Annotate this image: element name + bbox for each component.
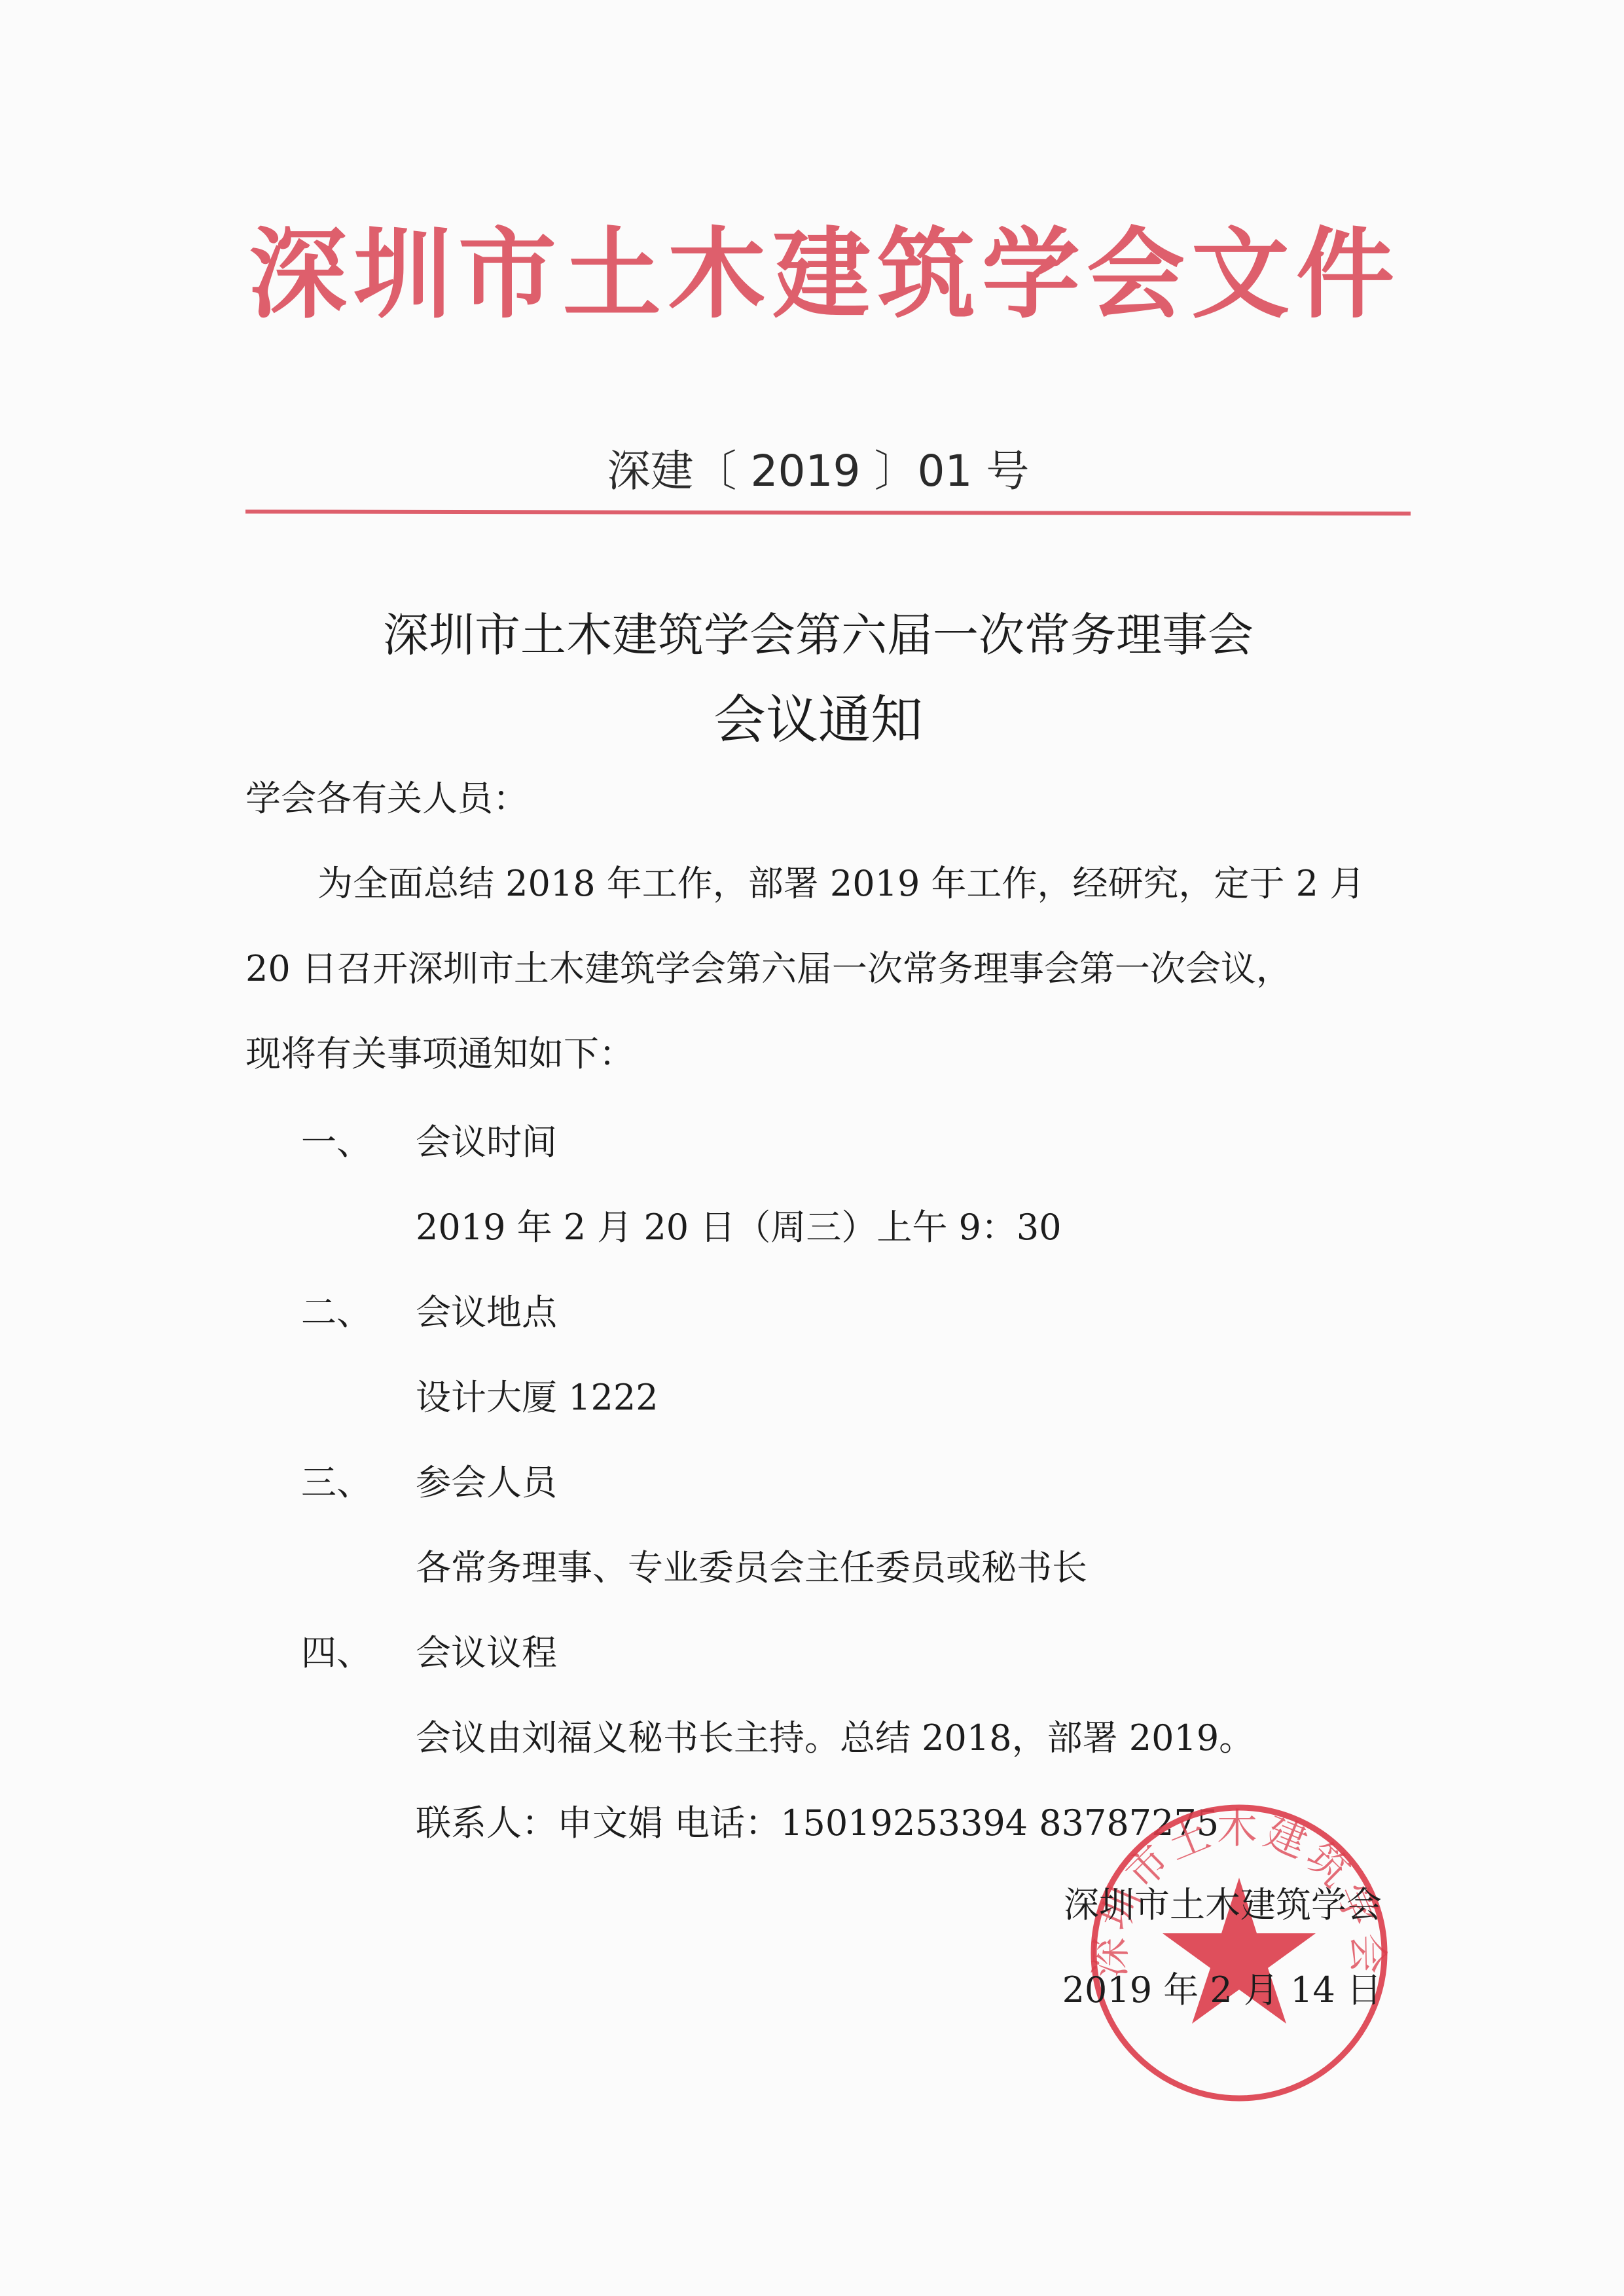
section-heading-attendees: 参会人员 (416, 1457, 557, 1509)
section-content-time: 2019 年 2 月 20 日（周三）上午 9：30 (416, 1201, 1062, 1254)
document-number: 深建〔 2019 〕01 号 (249, 439, 1388, 504)
section-heading-agenda: 会议议程 (416, 1627, 557, 1679)
section-content-location: 设计大厦 1222 (416, 1372, 659, 1424)
section-heading-location: 会议地点 (416, 1286, 557, 1339)
signature-date: 2019 年 2 月 14 日 (1062, 1964, 1382, 2016)
section-content-agenda: 会议由刘福义秘书长主持。总结 2018，部署 2019。 (416, 1712, 1254, 1764)
intro-line-3: 现将有关事项通知如下： (245, 1028, 634, 1080)
notice-subtitle: 会议通知 (249, 681, 1388, 759)
section-content-attendees: 各常务理事、专业委员会主任委员或秘书长 (416, 1542, 1087, 1594)
section-number: 一、 (301, 1116, 372, 1169)
signature-organization: 深圳市土木建筑学会 (1064, 1879, 1382, 1931)
notice-title: 深圳市土木建筑学会第六届一次常务理事会 (249, 599, 1388, 671)
letterhead-divider (245, 509, 1411, 515)
section-number: 四、 (301, 1627, 372, 1679)
letterhead-title: 深圳市土木建筑学会文件 (249, 210, 1388, 340)
intro-line-2: 20 日召开深圳市土木建筑学会第六届一次常务理事会第一次会议， (245, 943, 1291, 995)
intro-line-1: 为全面总结 2018 年工作，部署 2019 年工作，经研究，定于 2 月 (317, 858, 1365, 910)
official-seal: 深圳市土木建筑学会 (1085, 1799, 1393, 2107)
section-number: 二、 (301, 1286, 372, 1339)
salutation: 学会各有关人员： (245, 773, 528, 825)
section-number: 三、 (301, 1457, 372, 1509)
section-heading-time: 会议时间 (416, 1116, 557, 1169)
